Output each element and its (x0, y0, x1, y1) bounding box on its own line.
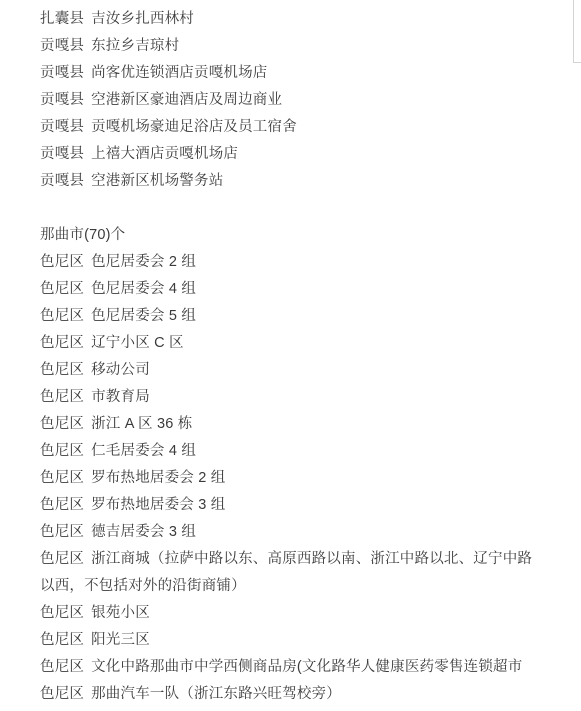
entry-region: 贡嘎县 (40, 92, 84, 108)
entry-name: 空港新区豪迪酒店及周边商业 (91, 92, 282, 108)
list-item: 色尼区德吉居委会 3 组 (40, 519, 537, 546)
entry-name: 仁毛居委会 4 组 (91, 443, 196, 459)
entry-name: 色尼居委会 4 组 (91, 281, 196, 297)
entry-region: 贡嘎县 (40, 119, 84, 135)
entry-region: 色尼区 (40, 389, 84, 405)
list-item: 色尼区市教育局 (40, 384, 537, 411)
list-item: 色尼区仁毛居委会 4 组 (40, 438, 537, 465)
entry-region: 色尼区 (40, 254, 84, 270)
entry-region: 色尼区 (40, 416, 84, 432)
entry-region: 色尼区 (40, 443, 84, 459)
entry-region: 色尼区 (40, 686, 84, 702)
list-item: 贡嘎县贡嘎机场豪迪足浴店及员工宿舍 (40, 114, 537, 141)
entry-region: 贡嘎县 (40, 146, 84, 162)
entry-region: 色尼区 (40, 524, 84, 540)
entry-name: 吉汝乡扎西林村 (91, 11, 194, 27)
list-item: 贡嘎县空港新区豪迪酒店及周边商业 (40, 87, 537, 114)
entry-name: 银苑小区 (91, 605, 150, 621)
list-item: 贡嘎县东拉乡吉琼村 (40, 33, 537, 60)
entry-name: 浙江 A 区 36 栋 (91, 416, 192, 432)
entry-name: 辽宁小区 C 区 (91, 335, 184, 351)
entry-name: 那曲汽车一队（浙江东路兴旺驾校旁） (91, 686, 341, 702)
entry-region: 色尼区 (40, 335, 84, 351)
entry-name: 贡嘎机场豪迪足浴店及员工宿舍 (91, 119, 297, 135)
list-item: 色尼区文化中路那曲市中学西侧商品房(文化路华人健康医药零售连锁超市 (40, 654, 573, 681)
entry-name: 空港新区机场警务站 (91, 173, 223, 189)
entry-region: 色尼区 (40, 362, 84, 378)
list-item: 色尼区浙江 A 区 36 栋 (40, 411, 537, 438)
section-gap (40, 195, 581, 222)
entry-region: 扎囊县 (40, 11, 84, 27)
list-item: 贡嘎县上禧大酒店贡嘎机场店 (40, 141, 537, 168)
list-item: 色尼区那曲汽车一队（浙江东路兴旺驾校旁） (40, 681, 537, 708)
scrollbar-thumb[interactable] (573, 0, 581, 63)
list-item: 色尼区罗布热地居委会 3 组 (40, 492, 537, 519)
list-item: 色尼区罗布热地居委会 2 组 (40, 465, 537, 492)
list-item: 色尼区色尼居委会 2 组 (40, 249, 537, 276)
entry-region: 贡嘎县 (40, 65, 84, 81)
list-item: 色尼区移动公司 (40, 357, 537, 384)
entry-name: 文化中路那曲市中学西侧商品房(文化路华人健康医药零售连锁超市 (91, 659, 522, 675)
entry-name: 色尼居委会 2 组 (91, 254, 196, 270)
entry-region: 色尼区 (40, 605, 84, 621)
entry-region: 色尼区 (40, 281, 84, 297)
entry-name: 市教育局 (91, 389, 150, 405)
list-item: 色尼区浙江商城（拉萨中路以东、高原西路以南、浙江中路以北、辽宁中路以西，不包括对… (40, 546, 537, 600)
entry-region: 色尼区 (40, 659, 84, 675)
list-item: 色尼区阳光三区 (40, 627, 537, 654)
entry-region: 色尼区 (40, 551, 84, 567)
entry-name: 罗布热地居委会 2 组 (91, 470, 225, 486)
entry-region: 色尼区 (40, 470, 84, 486)
entry-name: 德吉居委会 3 组 (91, 524, 196, 540)
list-item: 贡嘎县空港新区机场警务站 (40, 168, 537, 195)
list-item: 扎囊县吉汝乡扎西林村 (40, 6, 537, 33)
list-item: 色尼区银苑小区 (40, 600, 537, 627)
entry-name: 色尼居委会 5 组 (91, 308, 196, 324)
entry-name: 尚客优连锁酒店贡嘎机场店 (91, 65, 267, 81)
list-item: 贡嘎县尚客优连锁酒店贡嘎机场店 (40, 60, 537, 87)
entry-region: 贡嘎县 (40, 38, 84, 54)
entry-name: 阳光三区 (91, 632, 150, 648)
entry-region: 色尼区 (40, 308, 84, 324)
entry-name: 浙江商城（拉萨中路以东、高原西路以南、浙江中路以北、辽宁中路以西，不包括对外的沿… (40, 551, 532, 594)
entry-name: 移动公司 (91, 362, 150, 378)
entry-region: 贡嘎县 (40, 173, 84, 189)
entry-region: 色尼区 (40, 632, 84, 648)
entry-name: 上禧大酒店贡嘎机场店 (91, 146, 238, 162)
entry-region: 色尼区 (40, 497, 84, 513)
list-item: 色尼区辽宁小区 C 区 (40, 330, 537, 357)
document-body: 扎囊县吉汝乡扎西林村 贡嘎县东拉乡吉琼村 贡嘎县尚客优连锁酒店贡嘎机场店 贡嘎县… (0, 0, 581, 708)
section-header: 那曲市(70)个 (40, 222, 537, 249)
entry-name: 东拉乡吉琼村 (91, 38, 179, 54)
list-item: 色尼区色尼居委会 5 组 (40, 303, 537, 330)
entry-name: 罗布热地居委会 3 组 (91, 497, 225, 513)
list-item: 色尼区色尼居委会 4 组 (40, 276, 537, 303)
